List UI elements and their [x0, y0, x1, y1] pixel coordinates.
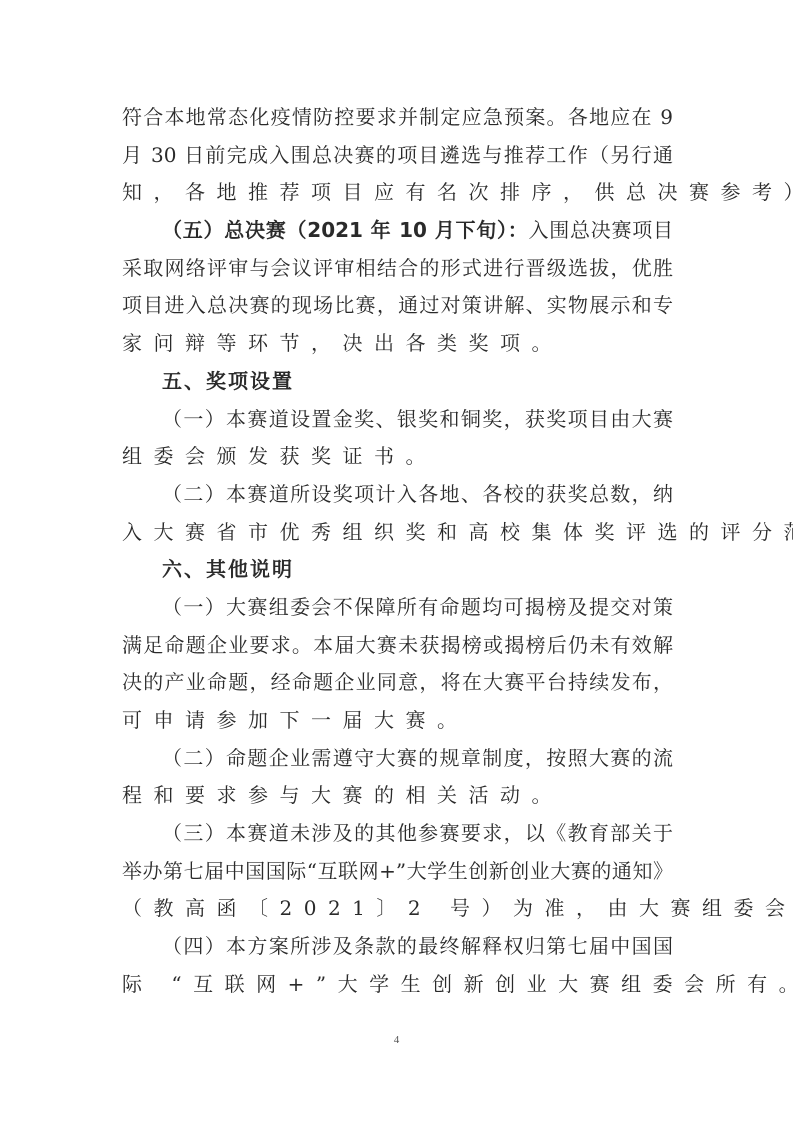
text-line: 月 30 日前完成入围总决赛的项目遴选与推荐工作（另行通: [122, 137, 673, 175]
text-line: 可申请参加下一届大赛。: [122, 702, 673, 740]
text-line: 决的产业命题，经命题企业同意，将在大赛平台持续发布，: [122, 664, 673, 702]
text-line: 举办第七届中国国际“互联网+”大学生创新创业大赛的通知》: [122, 853, 673, 891]
text-line: 入大赛省市优秀组织奖和高校集体奖评选的评分范围。: [122, 514, 673, 552]
stage-final-paragraph-start: （五）总决赛（2021 年 10 月下旬）：入围总决赛项目: [122, 212, 673, 250]
text-line: 程和要求参与大赛的相关活动。: [122, 777, 673, 815]
section-heading-awards: 五、奖项设置: [122, 363, 673, 401]
section-heading-other-notes: 六、其他说明: [122, 551, 673, 589]
text-span: 入围总决赛项目: [528, 218, 673, 242]
text-line: 符合本地常态化疫情防控要求并制定应急预案。各地应在 9: [122, 99, 673, 137]
text-line: （三）本赛道未涉及的其他参赛要求，以《教育部关于: [122, 815, 673, 853]
text-line: 采取网络评审与会议评审相结合的形式进行晋级选拔，优胜: [122, 250, 673, 288]
document-body: 符合本地常态化疫情防控要求并制定应急预案。各地应在 9 月 30 日前完成入围总…: [122, 99, 673, 1004]
stage-final-heading: （五）总决赛（2021 年 10 月下旬）：: [162, 218, 528, 242]
text-line: （教高函〔2021〕2 号）为准，由大赛组委会负责解释。: [122, 890, 673, 928]
text-line: （一）本赛道设置金奖、银奖和铜奖，获奖项目由大赛: [122, 401, 673, 439]
text-line: 组委会颁发获奖证书。: [122, 438, 673, 476]
text-line: 家问辩等环节，决出各类奖项。: [122, 325, 673, 363]
text-line: （一）大赛组委会不保障所有命题均可揭榜及提交对策: [122, 589, 673, 627]
text-line: （二）命题企业需遵守大赛的规章制度，按照大赛的流: [122, 740, 673, 778]
text-line: 满足命题企业要求。本届大赛未获揭榜或揭榜后仍未有效解: [122, 627, 673, 665]
text-line: 知，各地推荐项目应有名次排序，供总决赛参考）。: [122, 174, 673, 212]
text-line: 际 “互联网+”大学生创新创业大赛组委会所有。: [122, 966, 673, 1004]
text-line: （四）本方案所涉及条款的最终解释权归第七届中国国: [122, 928, 673, 966]
page-number: 4: [0, 1034, 793, 1046]
document-page: 符合本地常态化疫情防控要求并制定应急预案。各地应在 9 月 30 日前完成入围总…: [0, 0, 793, 1122]
text-line: （二）本赛道所设奖项计入各地、各校的获奖总数，纳: [122, 476, 673, 514]
text-line: 项目进入总决赛的现场比赛，通过对策讲解、实物展示和专: [122, 287, 673, 325]
